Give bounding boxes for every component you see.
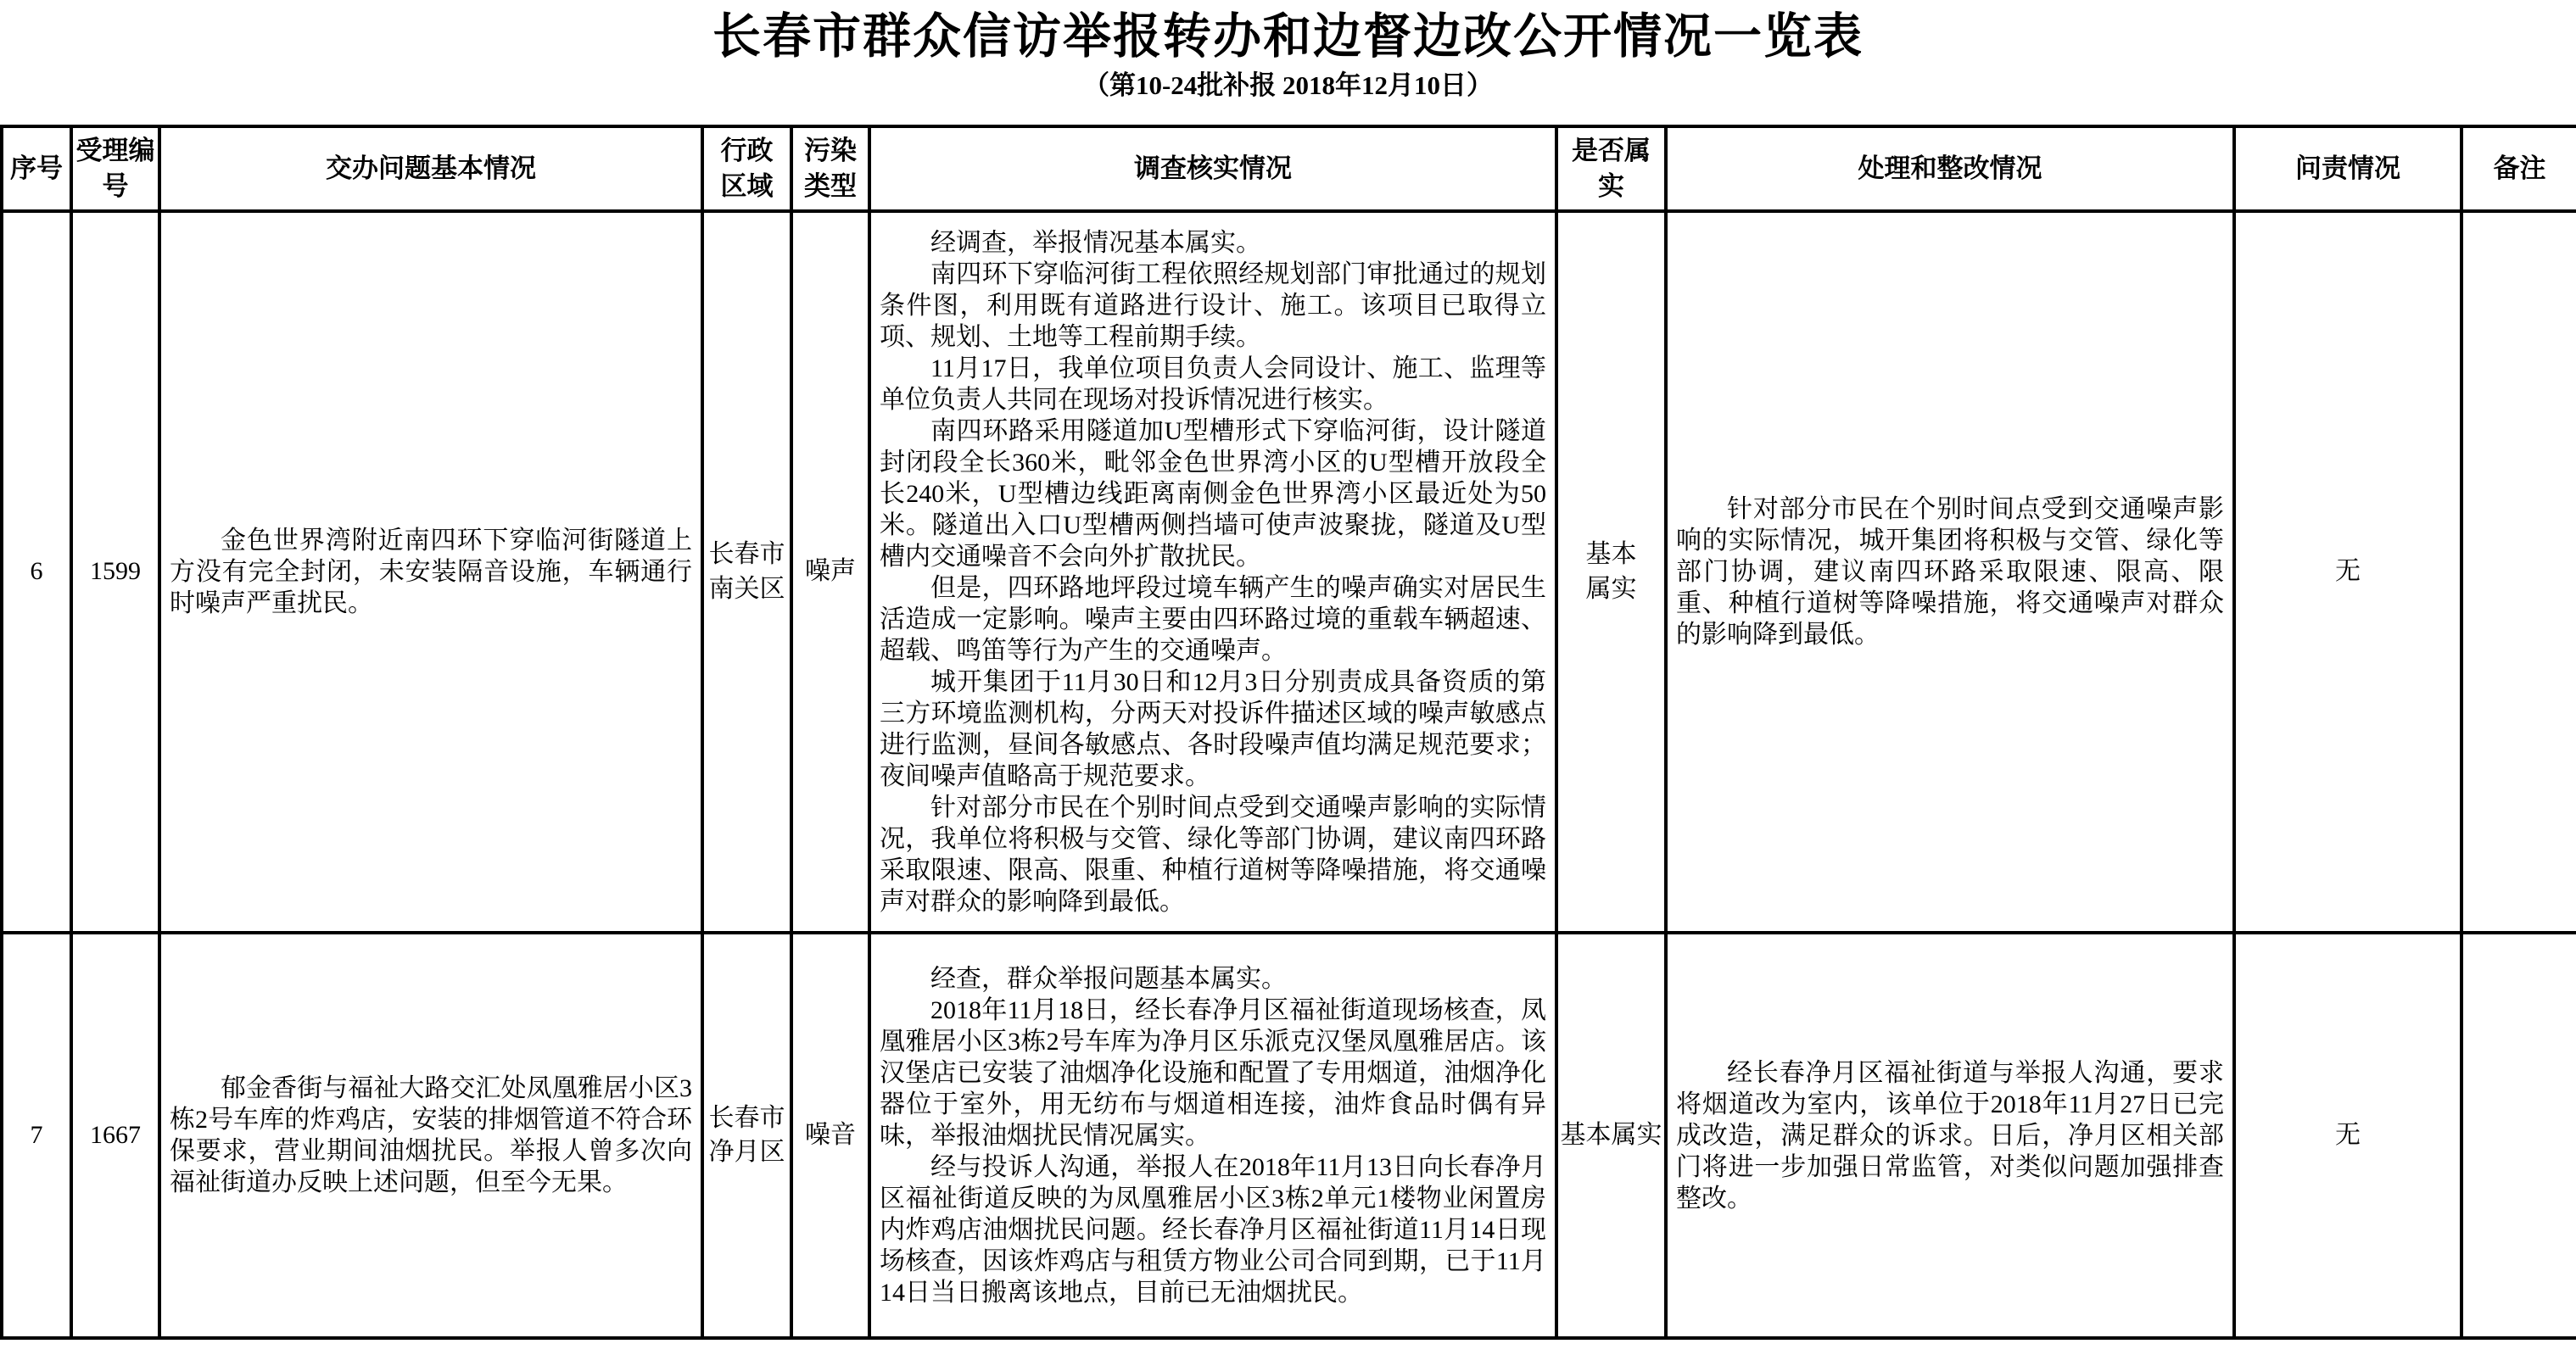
header-problem: 交办问题基本情况	[159, 126, 702, 211]
cell-verified: 基本 属实	[1556, 211, 1666, 933]
header-case-no: 受理编 号	[71, 126, 159, 211]
paragraph: 经与投诉人沟通，举报人在2018年11月13日向长春净月区福祉街道反映的为凤凰雅…	[880, 1151, 1546, 1308]
paragraph: 经调查，举报情况基本属实。	[880, 227, 1546, 259]
cell-case-no: 1667	[71, 933, 159, 1338]
document-page: 长春市群众信访举报转办和边督边改公开情况一览表 （第10-24批补报 2018年…	[0, 0, 2576, 1366]
table-row: 7 1667 郁金香街与福祉大路交汇处凤凰雅居小区3栋2号车库的炸鸡店，安装的排…	[2, 933, 2576, 1338]
cell-handling: 经长春净月区福祉街道与举报人沟通，要求将烟道改为室内，该单位于2018年11月2…	[1666, 933, 2234, 1338]
cell-investigation: 经查，群众举报问题基本属实。2018年11月18日，经长春净月区福祉街道现场核查…	[869, 933, 1556, 1338]
cell-remark	[2461, 211, 2576, 933]
cell-verified: 基本属实	[1556, 933, 1666, 1338]
cell-problem: 金色世界湾附近南四环下穿临河街隧道上方没有完全封闭，未安装隔音设施，车辆通行时噪…	[159, 211, 702, 933]
paragraph: 但是，四环路地坪段过境车辆产生的噪声确实对居民生活造成一定影响。噪声主要由四环路…	[880, 572, 1546, 666]
header-accountability: 问责情况	[2234, 126, 2461, 211]
report-subtitle: （第10-24批补报 2018年12月10日）	[0, 70, 2576, 103]
problem-paragraph: 金色世界湾附近南四环下穿临河街隧道上方没有完全封闭，未安装隔音设施，车辆通行时噪…	[170, 525, 692, 619]
paragraph: 南四环下穿临河街工程依照经规划部门审批通过的规划条件图，利用既有道路进行设计、施…	[880, 259, 1546, 353]
table-row: 6 1599 金色世界湾附近南四环下穿临河街隧道上方没有完全封闭，未安装隔音设施…	[2, 211, 2576, 933]
paragraph: 针对部分市民在个别时间点受到交通噪声影响的实际情况，城开集团将积极与交管、绿化等…	[1676, 493, 2224, 650]
paragraph: 11月17日，我单位项目负责人会同设计、施工、监理等单位负责人共同在现场对投诉情…	[880, 353, 1546, 415]
cell-case-no: 1599	[71, 211, 159, 933]
header-handling: 处理和整改情况	[1666, 126, 2234, 211]
paragraph: 针对部分市民在个别时间点受到交通噪声影响的实际情况，我单位将积极与交管、绿化等部…	[880, 792, 1546, 917]
cell-seq: 6	[2, 211, 71, 933]
paragraph: 南四环路采用隧道加U型槽形式下穿临河街，设计隧道封闭段全长360米，毗邻金色世界…	[880, 415, 1546, 572]
header-seq: 序号	[2, 126, 71, 211]
problem-paragraph: 郁金香街与福祉大路交汇处凤凰雅居小区3栋2号车库的炸鸡店，安装的排烟管道不符合环…	[170, 1073, 692, 1198]
cell-accountability: 无	[2234, 933, 2461, 1338]
header-verified: 是否属实	[1556, 126, 1666, 211]
table-header-row: 序号 受理编 号 交办问题基本情况 行政 区域 污染 类型 调查核实情况 是否属…	[2, 126, 2576, 211]
header-remark: 备注	[2461, 126, 2576, 211]
cell-remark	[2461, 933, 2576, 1338]
cell-region: 长春市 净月区	[702, 933, 791, 1338]
header-pollution-type: 污染 类型	[791, 126, 869, 211]
paragraph: 2018年11月18日，经长春净月区福祉街道现场核查，凤凰雅居小区3栋2号车库为…	[880, 995, 1546, 1151]
header-region: 行政 区域	[702, 126, 791, 211]
cell-pollution-type: 噪音	[791, 933, 869, 1338]
cell-problem: 郁金香街与福祉大路交汇处凤凰雅居小区3栋2号车库的炸鸡店，安装的排烟管道不符合环…	[159, 933, 702, 1338]
cell-accountability: 无	[2234, 211, 2461, 933]
cell-handling: 针对部分市民在个别时间点受到交通噪声影响的实际情况，城开集团将积极与交管、绿化等…	[1666, 211, 2234, 933]
paragraph: 城开集团于11月30日和12月3日分别责成具备资质的第三方环境监测机构，分两天对…	[880, 666, 1546, 792]
cell-seq: 7	[2, 933, 71, 1338]
cell-region: 长春市 南关区	[702, 211, 791, 933]
cell-pollution-type: 噪声	[791, 211, 869, 933]
report-title: 长春市群众信访举报转办和边督边改公开情况一览表	[0, 0, 2576, 66]
cell-investigation: 经调查，举报情况基本属实。南四环下穿临河街工程依照经规划部门审批通过的规划条件图…	[869, 211, 1556, 933]
paragraph: 经长春净月区福祉街道与举报人沟通，要求将烟道改为室内，该单位于2018年11月2…	[1676, 1057, 2224, 1214]
header-investigation: 调查核实情况	[869, 126, 1556, 211]
paragraph: 经查，群众举报问题基本属实。	[880, 963, 1546, 995]
report-table: 序号 受理编 号 交办问题基本情况 行政 区域 污染 类型 调查核实情况 是否属…	[0, 125, 2576, 1340]
